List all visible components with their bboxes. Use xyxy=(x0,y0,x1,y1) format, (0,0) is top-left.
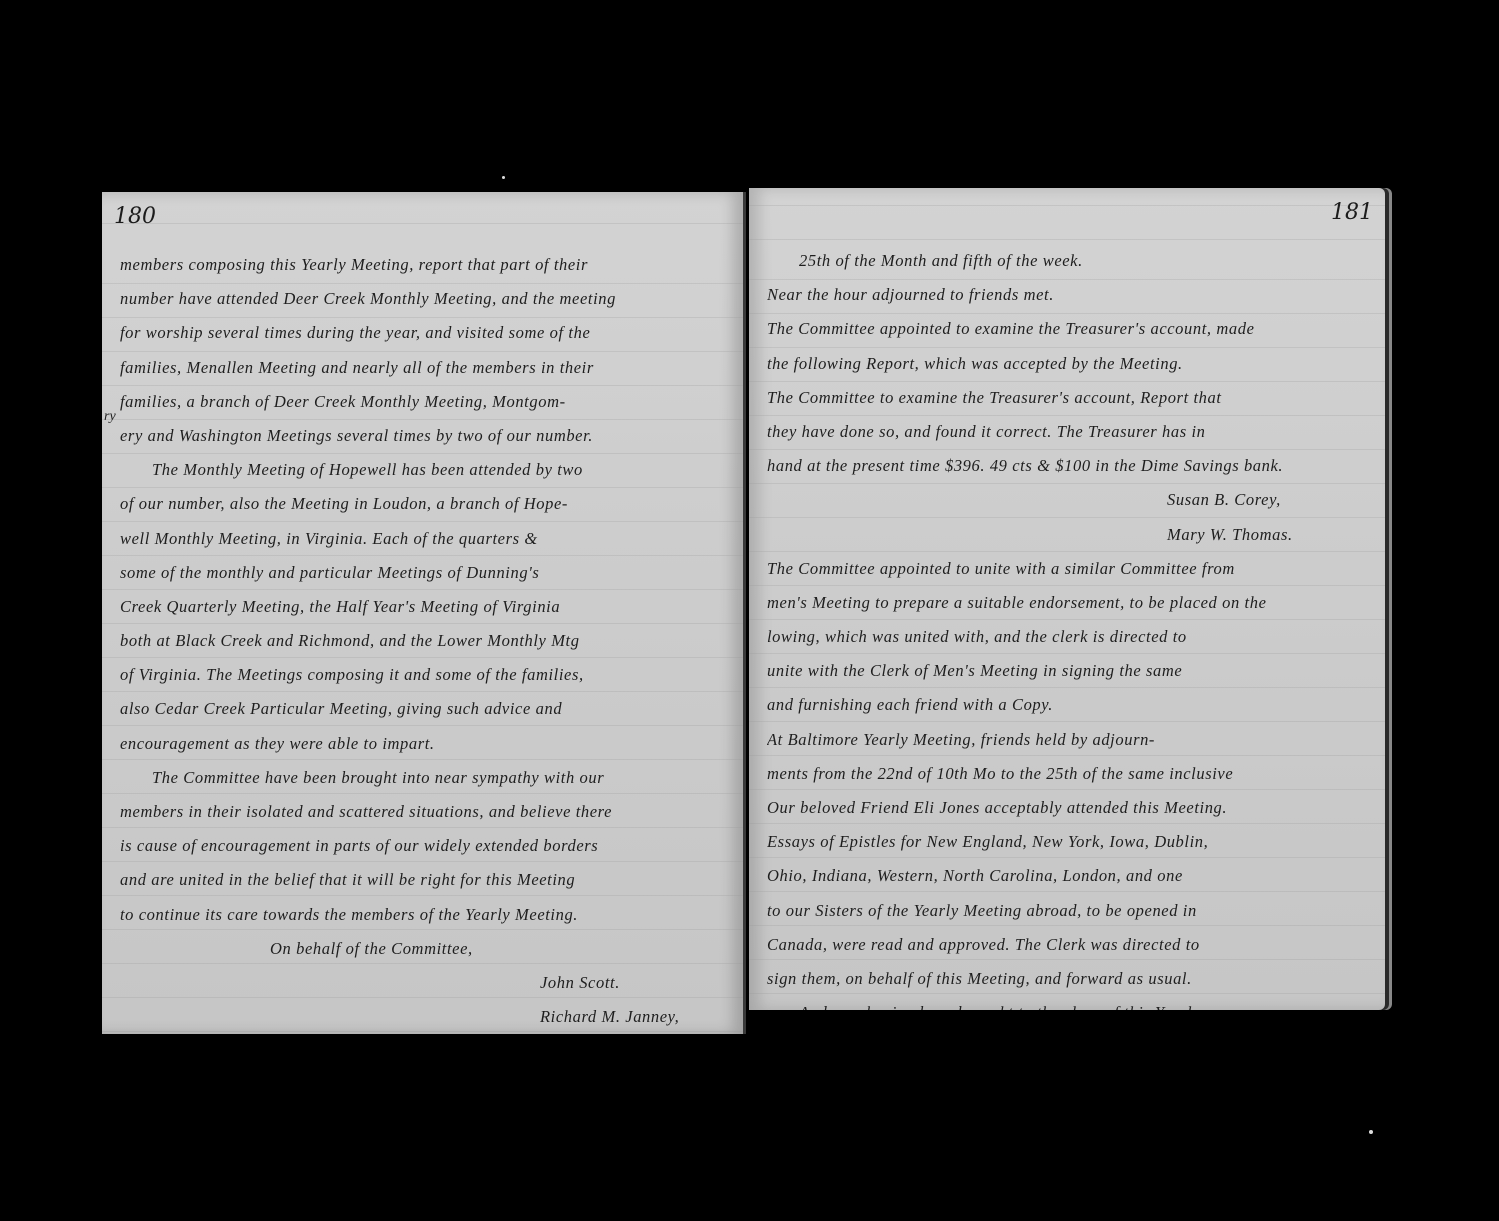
left-page-text: members composing this Yearly Meeting, r… xyxy=(120,248,729,1034)
signature: Mary W. Thomas. xyxy=(767,518,1371,552)
signature: Susan B. Corey, xyxy=(767,483,1371,517)
dust-speck xyxy=(1369,1130,1373,1134)
text-line: members in their isolated and scattered … xyxy=(120,795,729,829)
text-line: At Baltimore Yearly Meeting, friends hel… xyxy=(767,723,1371,757)
right-page: 181 25th of the Month and fifth of the w… xyxy=(749,188,1385,1010)
text-line: And now having been brought to the close… xyxy=(767,996,1371,1010)
text-line: also Cedar Creek Particular Meeting, giv… xyxy=(120,692,729,726)
left-page: 180 ry members composing this Yearly Mee… xyxy=(102,192,746,1034)
text-line: Our beloved Friend Eli Jones acceptably … xyxy=(767,791,1371,825)
text-line: for worship several times during the yea… xyxy=(120,316,729,350)
text-line: sign them, on behalf of this Meeting, an… xyxy=(767,962,1371,996)
text-line: ments from the 22nd of 10th Mo to the 25… xyxy=(767,757,1371,791)
text-line: both at Black Creek and Richmond, and th… xyxy=(120,624,729,658)
text-line: and are united in the belief that it wil… xyxy=(120,863,729,897)
text-line: men's Meeting to prepare a suitable endo… xyxy=(767,586,1371,620)
page-number-right: 181 xyxy=(1331,200,1373,225)
text-line: to our Sisters of the Yearly Meeting abr… xyxy=(767,894,1371,928)
signature: Richard M. Janney, xyxy=(120,1000,729,1034)
text-line: families, a branch of Deer Creek Monthly… xyxy=(120,385,729,419)
text-line: Essays of Epistles for New England, New … xyxy=(767,825,1371,859)
text-line: well Monthly Meeting, in Virginia. Each … xyxy=(120,522,729,556)
text-line: is cause of encouragement in parts of ou… xyxy=(120,829,729,863)
open-ledger-book: 180 ry members composing this Yearly Mee… xyxy=(102,192,1394,1034)
text-line: 25th of the Month and fifth of the week. xyxy=(767,244,1371,278)
text-line: ery and Washington Meetings several time… xyxy=(120,419,729,453)
text-line: number have attended Deer Creek Monthly … xyxy=(120,282,729,316)
text-line: of our number, also the Meeting in Loudo… xyxy=(120,487,729,521)
right-page-text: 25th of the Month and fifth of the week.… xyxy=(767,244,1371,1010)
text-line: Ohio, Indiana, Western, North Carolina, … xyxy=(767,859,1371,893)
text-line: The Monthly Meeting of Hopewell has been… xyxy=(120,453,729,487)
signature: John Scott. xyxy=(120,966,729,1000)
text-line: The Committee appointed to examine the T… xyxy=(767,312,1371,346)
text-line: lowing, which was united with, and the c… xyxy=(767,620,1371,654)
text-line: The Committee appointed to unite with a … xyxy=(767,552,1371,586)
text-line: the following Report, which was accepted… xyxy=(767,347,1371,381)
text-line: families, Menallen Meeting and nearly al… xyxy=(120,351,729,385)
margin-note: ry xyxy=(104,409,116,425)
text-line: hand at the present time $396. 49 cts & … xyxy=(767,449,1371,483)
text-line: The Committee to examine the Treasurer's… xyxy=(767,381,1371,415)
text-line: unite with the Clerk of Men's Meeting in… xyxy=(767,654,1371,688)
text-line: Creek Quarterly Meeting, the Half Year's… xyxy=(120,590,729,624)
text-line: to continue its care towards the members… xyxy=(120,898,729,932)
text-line: encouragement as they were able to impar… xyxy=(120,727,729,761)
dust-speck xyxy=(502,176,505,179)
text-line: Canada, were read and approved. The Cler… xyxy=(767,928,1371,962)
page-number-left: 180 xyxy=(114,204,156,229)
text-line: On behalf of the Committee, xyxy=(120,932,729,966)
text-line: some of the monthly and particular Meeti… xyxy=(120,556,729,590)
text-line: Near the hour adjourned to friends met. xyxy=(767,278,1371,312)
text-line: of Virginia. The Meetings composing it a… xyxy=(120,658,729,692)
text-line: members composing this Yearly Meeting, r… xyxy=(120,248,729,282)
text-line: and furnishing each friend with a Copy. xyxy=(767,688,1371,722)
text-line: they have done so, and found it correct.… xyxy=(767,415,1371,449)
text-line: The Committee have been brought into nea… xyxy=(120,761,729,795)
